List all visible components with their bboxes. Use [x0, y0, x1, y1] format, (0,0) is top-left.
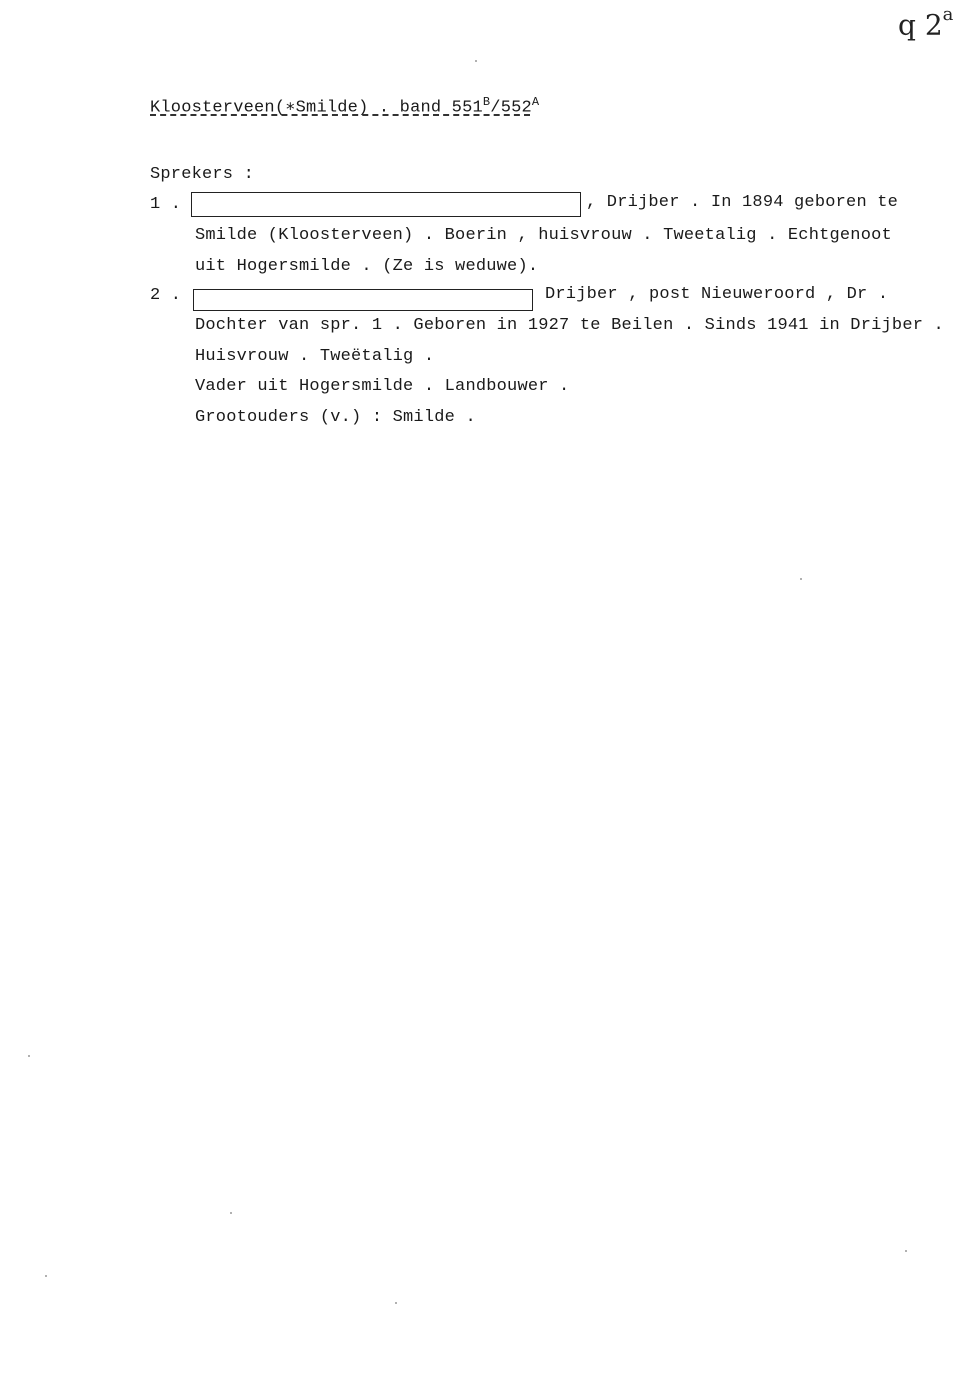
page-number-handwritten: q 2a: [898, 8, 953, 41]
speaker1-details: , Drijber . In 1894 geboren te: [586, 193, 898, 213]
scan-speck: [28, 1055, 30, 1057]
title-underline: [150, 114, 530, 116]
scan-speck: [905, 1250, 907, 1252]
speaker1-redacted-name: [191, 192, 581, 217]
speaker2-redacted-name: [193, 289, 533, 311]
speaker1-number: 1 .: [150, 195, 181, 215]
speaker2-number: 2 .: [150, 286, 181, 306]
speaker2-line3: Huisvrouw . Tweëtalig .: [195, 347, 434, 367]
scan-speck: [475, 60, 477, 62]
scan-speck: [230, 1212, 232, 1214]
sprekers-label: Sprekers :: [150, 165, 254, 185]
speaker2-line4: Vader uit Hogersmilde . Landbouwer .: [195, 377, 569, 397]
speaker2-details: Drijber , post Nieuweroord , Dr .: [545, 285, 888, 305]
speaker1-line2: Smilde (Kloosterveen) . Boerin , huisvro…: [195, 226, 892, 246]
speaker2-line5: Grootouders (v.) : Smilde .: [195, 408, 476, 428]
speaker1-line3: uit Hogersmilde . (Ze is weduwe).: [195, 257, 538, 277]
scan-speck: [395, 1302, 397, 1304]
speaker2-line2: Dochter van spr. 1 . Geboren in 1927 te …: [195, 316, 944, 336]
scan-speck: [800, 578, 802, 580]
scan-speck: [45, 1275, 47, 1277]
